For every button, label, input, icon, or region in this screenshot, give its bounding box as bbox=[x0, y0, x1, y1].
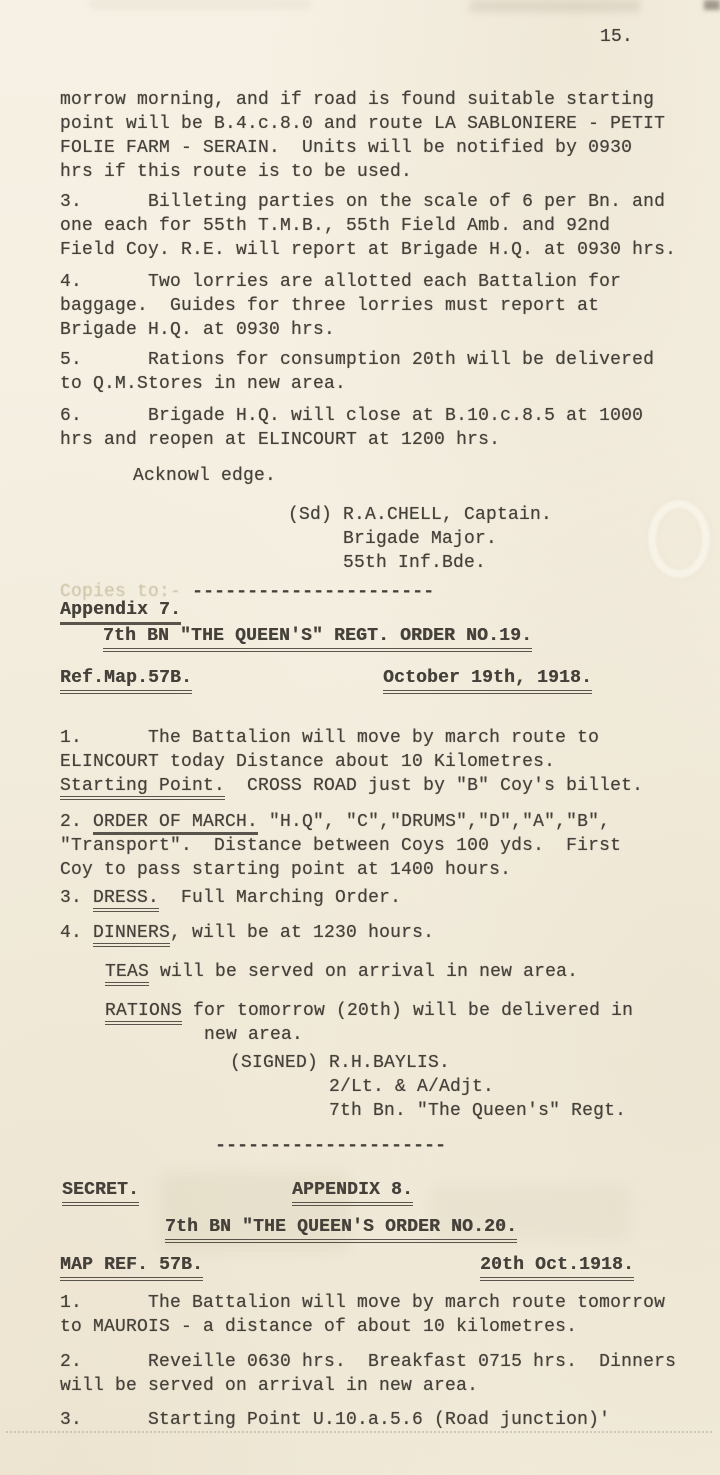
order19-para-4: 4. DINNERS, will be at 1230 hours. bbox=[60, 921, 434, 945]
scan-smudge-top bbox=[470, 0, 640, 12]
para-text: , will be at 1230 hours. bbox=[170, 923, 434, 943]
brigade-order-para-3: 3. Billeting parties on the scale of 6 p… bbox=[60, 190, 676, 262]
dress-label: DRESS. bbox=[93, 888, 159, 912]
appendix8-heading: APPENDIX 8. bbox=[292, 1178, 413, 1206]
brigade-order-para-5: 5. Rations for consumption 20th will be … bbox=[60, 348, 654, 396]
order20-para-2: 2. Reveille 0630 hrs. Breakfast 0715 hrs… bbox=[60, 1350, 676, 1398]
order20-map-ref: MAP REF. 57B. bbox=[60, 1253, 203, 1281]
para-number: 2. bbox=[60, 812, 93, 832]
order19-para-1: 1. The Battalion will move by march rout… bbox=[60, 726, 643, 798]
para-text: for tomorrow (20th) will be delivered in… bbox=[105, 1001, 633, 1045]
order19-title: 7th BN "THE QUEEN'S" REGT. ORDER NO.19. bbox=[103, 624, 532, 652]
order19-signature-block: (SIGNED) R.H.BAYLIS. 2/Lt. & A/Adjt. 7th… bbox=[230, 1051, 626, 1123]
separator-line-2: --------------------- bbox=[215, 1134, 446, 1158]
order20-title: 7th BN "THE QUEEN'S ORDER NO.20. bbox=[165, 1215, 517, 1243]
order19-para-2: 2. ORDER OF MARCH. "H.Q", "C","DRUMS","D… bbox=[60, 810, 621, 882]
acknowledge-line: Acknowl edge. bbox=[133, 464, 276, 488]
secret-label: SECRET. bbox=[62, 1178, 139, 1206]
order19-map-ref: Ref.Map.57B. bbox=[60, 666, 192, 694]
order19-date: October 19th, 1918. bbox=[383, 666, 592, 694]
para-text: Full Marching Order. bbox=[159, 888, 401, 908]
dinners-label: DINNERS bbox=[93, 923, 170, 947]
para-text: CROSS ROAD just by "B" Coy's billet. bbox=[225, 776, 643, 796]
para-text: will be served on arrival in new area. bbox=[149, 962, 578, 982]
appendix7-heading: Appendix 7. bbox=[60, 598, 181, 625]
scan-corner-mark bbox=[704, 0, 720, 10]
separator-line-1: ---------------------- bbox=[181, 582, 434, 602]
embossed-ring-mark bbox=[648, 500, 710, 578]
page-number: 15. bbox=[600, 25, 633, 49]
order-of-march-label: ORDER OF MARCH. bbox=[93, 812, 258, 835]
brigade-order-para-6: 6. Brigade H.Q. will close at B.10.c.8.5… bbox=[60, 404, 643, 452]
brigade-signature-block: (Sd) R.A.CHELL, Captain. Brigade Major. … bbox=[288, 503, 552, 575]
brigade-order-para-4: 4. Two lorries are allotted each Battali… bbox=[60, 270, 621, 342]
rations-label: RATIONS bbox=[105, 1001, 182, 1025]
para-number: 4. bbox=[60, 923, 93, 943]
para-text: 1. The Battalion will move by march rout… bbox=[60, 728, 599, 772]
starting-point-label: Starting Point. bbox=[60, 776, 225, 800]
order19-para-3: 3. DRESS. Full Marching Order. bbox=[60, 886, 401, 910]
scan-smudge-top-left bbox=[90, 0, 310, 8]
order20-para-1: 1. The Battalion will move by march rout… bbox=[60, 1291, 665, 1339]
brigade-order-continuation-paragraph: morrow morning, and if road is found sui… bbox=[60, 88, 665, 184]
order20-date: 20th Oct.1918. bbox=[480, 1253, 634, 1281]
teas-label: TEAS bbox=[105, 962, 149, 986]
scanned-document-page: 15. morrow morning, and if road is found… bbox=[0, 0, 720, 1475]
teas-line: TEAS will be served on arrival in new ar… bbox=[105, 960, 578, 984]
rations-line: RATIONS for tomorrow (20th) will be deli… bbox=[105, 999, 633, 1047]
order20-para-3: 3. Starting Point U.10.a.5.6 (Road junct… bbox=[60, 1408, 610, 1432]
para-number: 3. bbox=[60, 888, 93, 908]
